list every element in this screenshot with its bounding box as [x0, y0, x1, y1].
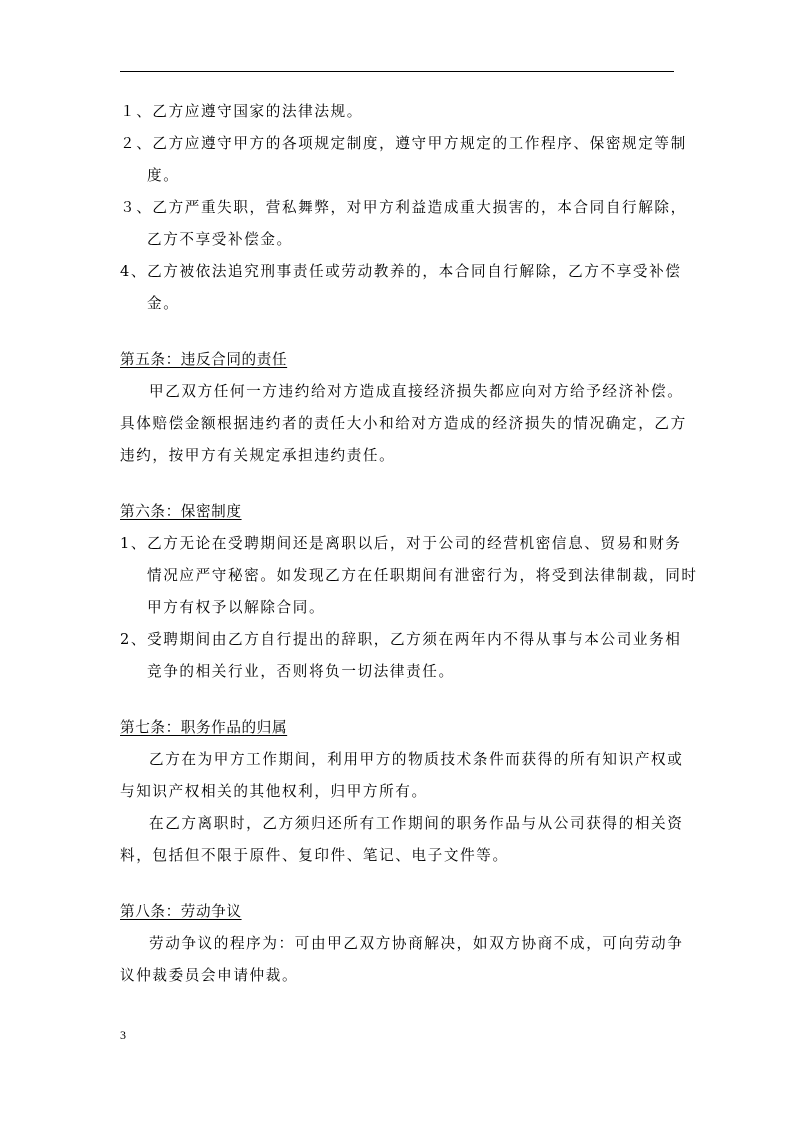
article-6: 第六条：保密制度 1、乙方无论在受聘期间还是离职以后，对于公司的经营机密信息、贸…: [120, 496, 674, 688]
list-item: ３、乙方严重失职，营私舞弊，对甲方利益造成重大损害的，本合同自行解除， 乙方不享…: [120, 192, 674, 256]
section-heading: 第八条：劳动争议: [120, 903, 242, 920]
paragraph-line: 在乙方离职时，乙方须归还所有工作期间的职务作品与从公司获得的相关资: [120, 808, 674, 840]
article-7: 第七条：职务作品的归属 乙方在为甲方工作期间，利用甲方的物质技术条件而获得的所有…: [120, 712, 674, 872]
paragraph-line: 料，包括但不限于原件、复印件、笔记、电子文件等。: [120, 840, 674, 872]
spacer: [120, 872, 674, 896]
section-heading: 第六条：保密制度: [120, 503, 242, 520]
list-item-line: 甲方有权予以解除合同。: [120, 592, 674, 624]
list-item-line: 4、乙方被依法追究刑事责任或劳动教养的，本合同自行解除，乙方不享受补偿: [120, 256, 674, 288]
list-item-line: 乙方不享受补偿金。: [120, 224, 674, 256]
list-item-line: 1、乙方无论在受聘期间还是离职以后，对于公司的经营机密信息、贸易和财务: [120, 528, 674, 560]
paragraph-line: 违约，按甲方有关规定承担违约责任。: [120, 440, 674, 472]
paragraph-line: 具体赔偿金额根据违约者的责任大小和给对方造成的经济损失的情况确定，乙方: [120, 408, 674, 440]
list-item: １、乙方应遵守国家的法律法规。: [120, 96, 674, 128]
list-item-line: 度。: [120, 160, 674, 192]
article-5: 第五条：违反合同的责任 甲乙双方任何一方违约给对方造成直接经济损失都应向对方给予…: [120, 344, 674, 472]
paragraph-line: 与知识产权相关的其他权利，归甲方所有。: [120, 776, 674, 808]
list-item-line: 竞争的相关行业，否则将负一切法律责任。: [120, 656, 674, 688]
spacer: [120, 320, 674, 344]
list-item-line: 金。: [120, 288, 674, 320]
paragraph-line: 乙方在为甲方工作期间，利用甲方的物质技术条件而获得的所有知识产权或: [120, 744, 674, 776]
paragraph-line: 甲乙双方任何一方违约给对方造成直接经济损失都应向对方给予经济补偿。: [120, 376, 674, 408]
list-item: 2、受聘期间由乙方自行提出的辞职，乙方须在两年内不得从事与本公司业务相 竞争的相…: [120, 624, 674, 688]
spacer: [120, 688, 674, 712]
list-item: 1、乙方无论在受聘期间还是离职以后，对于公司的经营机密信息、贸易和财务 情况应严…: [120, 528, 674, 624]
list-item: 4、乙方被依法追究刑事责任或劳动教养的，本合同自行解除，乙方不享受补偿 金。: [120, 256, 674, 320]
header-rule: [120, 71, 674, 72]
list-item: ２、乙方应遵守甲方的各项规定制度，遵守甲方规定的工作程序、保密规定等制 度。: [120, 128, 674, 192]
section-heading: 第七条：职务作品的归属: [120, 719, 287, 736]
list-item-line: ３、乙方严重失职，营私舞弊，对甲方利益造成重大损害的，本合同自行解除，: [120, 192, 674, 224]
section-heading: 第五条：违反合同的责任: [120, 351, 287, 368]
spacer: [120, 472, 674, 496]
document-body: １、乙方应遵守国家的法律法规。 ２、乙方应遵守甲方的各项规定制度，遵守甲方规定的…: [120, 96, 674, 992]
list-item-line: 情况应严守秘密。如发现乙方在任职期间有泄密行为，将受到法律制裁，同时: [120, 560, 674, 592]
page-number: 3: [120, 1028, 126, 1043]
paragraph-line: 议仲裁委员会申请仲裁。: [120, 960, 674, 992]
list-item-line: ２、乙方应遵守甲方的各项规定制度，遵守甲方规定的工作程序、保密规定等制: [120, 128, 674, 160]
list-item-line: １、乙方应遵守国家的法律法规。: [120, 96, 674, 128]
paragraph-line: 劳动争议的程序为：可由甲乙双方协商解决，如双方协商不成，可向劳动争: [120, 928, 674, 960]
article-8: 第八条：劳动争议 劳动争议的程序为：可由甲乙双方协商解决，如双方协商不成，可向劳…: [120, 896, 674, 992]
list-item-line: 2、受聘期间由乙方自行提出的辞职，乙方须在两年内不得从事与本公司业务相: [120, 624, 674, 656]
